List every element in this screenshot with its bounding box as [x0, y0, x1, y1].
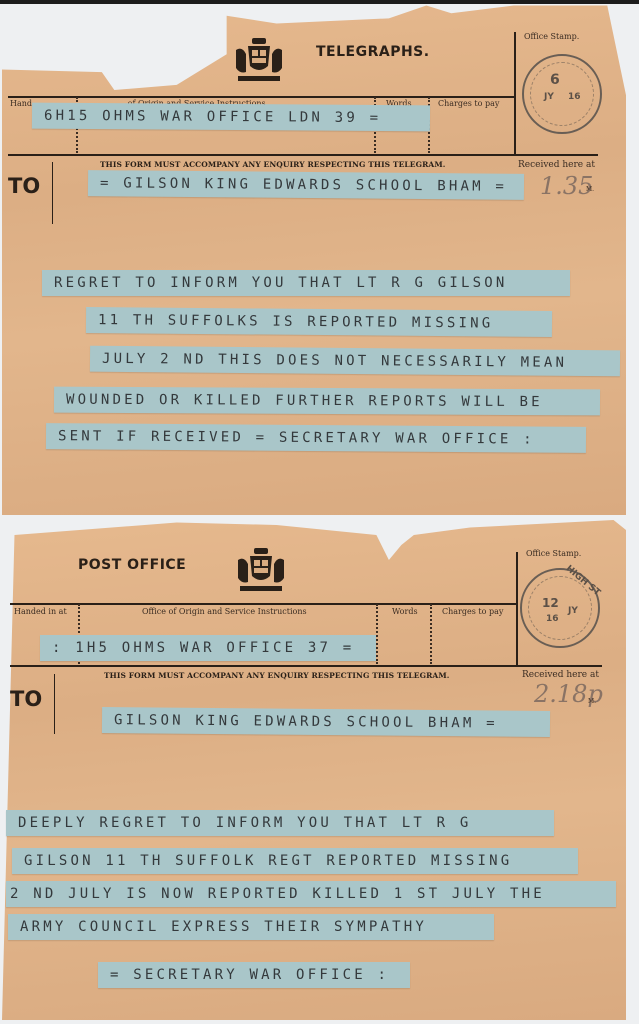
- office-stamp-label: Office Stamp.: [526, 549, 581, 558]
- header-rule: [8, 96, 514, 98]
- message-line: GILSON 11 TH SUFFOLK REGT REPORTED MISSI…: [12, 848, 578, 874]
- royal-crest-icon: [232, 36, 286, 86]
- stamp-divider: [514, 32, 516, 154]
- words-label: Words: [392, 607, 418, 616]
- royal-crest-icon: [234, 546, 288, 596]
- address-rule: [10, 665, 602, 667]
- enquiry-notice: THIS FORM MUST ACCOMPANY ANY ENQUIRY RES…: [100, 160, 445, 169]
- message-line: SENT IF RECEIVED = SECRETARY WAR OFFICE …: [46, 423, 586, 453]
- message-line: REGRET TO INFORM YOU THAT LT R G GILSON: [42, 270, 570, 296]
- header-rule: [10, 603, 516, 605]
- message-line: 11 TH SUFFOLKS IS REPORTED MISSING: [86, 307, 552, 337]
- office-stamp-1: 6 JY 16: [522, 54, 602, 134]
- address-rule: [8, 154, 598, 156]
- origin-tape: : 1H5 OHMS WAR OFFICE 37 =: [40, 635, 376, 661]
- message-line: DEEPLY REGRET TO INFORM YOU THAT LT R G: [6, 810, 554, 836]
- office-stamp-2: HIGH ST 12 JY 16: [520, 568, 600, 648]
- form-heading: POST OFFICE: [78, 557, 186, 573]
- enquiry-notice: THIS FORM MUST ACCOMPANY ANY ENQUIRY RES…: [104, 671, 449, 680]
- message-line: WOUNDED OR KILLED FURTHER REPORTS WILL B…: [54, 387, 600, 416]
- received-label: Received here at: [518, 160, 595, 170]
- to-label: TO: [10, 687, 42, 711]
- origin-tape: 6H15 OHMS WAR OFFICE LDN 39 =: [32, 103, 430, 132]
- address-tape: GILSON KING EDWARDS SCHOOL BHAM =: [102, 707, 550, 737]
- message-line: 2 ND JULY IS NOW REPORTED KILLED 1 ST JU…: [6, 881, 616, 907]
- scan-top-edge: [0, 0, 639, 4]
- charges-label: Charges to pay: [438, 99, 499, 108]
- charges-label: Charges to pay: [442, 607, 503, 616]
- origin-label: Office of Origin and Service Instruction…: [142, 607, 307, 616]
- handed-in-label: Handed in at: [14, 607, 67, 616]
- received-label: Received here at: [522, 670, 599, 680]
- office-stamp-label: Office Stamp.: [524, 32, 579, 41]
- to-brace: [54, 674, 61, 734]
- form-heading: TELEGRAPHS.: [316, 44, 430, 60]
- stamp-divider: [516, 552, 518, 666]
- message-line: JULY 2 ND THIS DOES NOT NECESSARILY MEAN: [90, 346, 620, 377]
- address-tape: = GILSON KING EDWARDS SCHOOL BHAM =: [88, 170, 524, 200]
- message-line: ARMY COUNCIL EXPRESS THEIR SYMPATHY: [8, 914, 494, 940]
- message-line: = SECRETARY WAR OFFICE :: [98, 962, 410, 988]
- to-label: TO: [8, 174, 40, 198]
- to-brace: [52, 162, 59, 224]
